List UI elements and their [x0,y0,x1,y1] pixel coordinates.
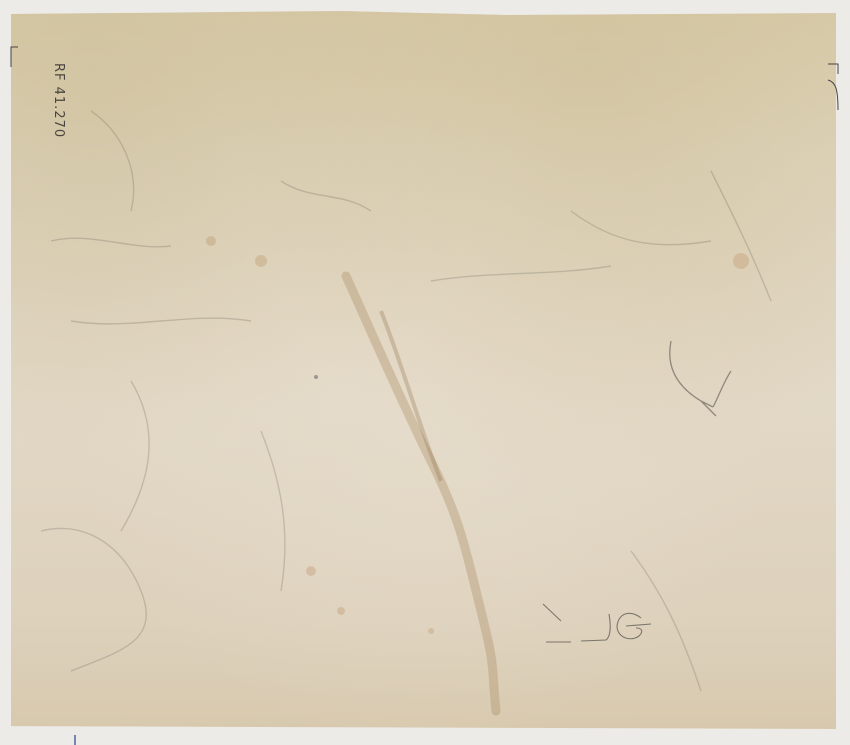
inventory-number-inscription: RF 41.270 [51,63,66,138]
monogram-mark [531,596,661,651]
mount-corner-mark-right [826,62,846,112]
paper-sheet: RF 41.270 [11,11,836,729]
stain-and-chalk-marks [11,11,836,729]
mount-corner-mark-left [8,45,20,75]
mount-corner-mark-bottom [72,735,78,745]
